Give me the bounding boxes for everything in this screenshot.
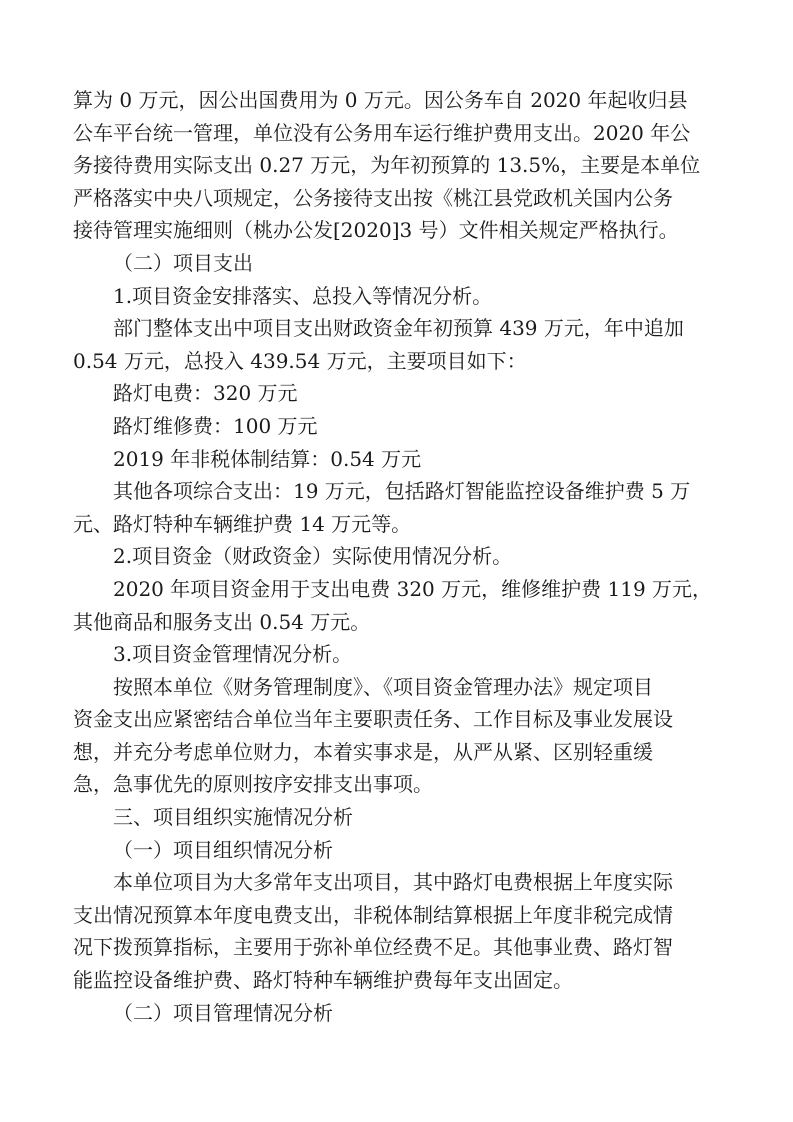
text-line: 本单位项目为大多常年支出项目，其中路灯电费根据上年度实际 [73, 866, 717, 899]
text-line: 元、路灯特种车辆维护费 14 万元等。 [73, 508, 717, 541]
text-line: 想，并充分考虑单位财力，本着实事求是，从严从紧、区别轻重缓 [73, 736, 717, 769]
heading-text: 三、项目组织实施情况分析 [73, 801, 717, 834]
text-line: 算为 0 万元，因公出国费用为 0 万元。因公务车自 2020 年起收归县 [73, 84, 717, 117]
text-line: 况下拨预算指标，主要用于弥补单位经费不足。其他事业费、路灯智 [73, 931, 717, 964]
text-line: 严格落实中央八项规定，公务接待支出按《桃江县党政机关国内公务 [73, 182, 717, 215]
text-line: 务接待费用实际支出 0.27 万元，为年初预算的 13.5%，主要是本单位 [73, 149, 717, 182]
heading-text: 1.项目资金安排落实、总投入等情况分析。 [73, 280, 717, 313]
text-line: 路灯维修费：100 万元 [73, 410, 717, 443]
text-line: 按照本单位《财务管理制度》、《项目资金管理办法》规定项目 [73, 671, 717, 704]
paragraph-public-expenses: 算为 0 万元，因公出国费用为 0 万元。因公务车自 2020 年起收归县 公车… [73, 84, 717, 247]
text-line: 2019 年非税体制结算：0.54 万元 [73, 443, 717, 476]
text-line: 急，急事优先的原则按序安排支出事项。 [73, 768, 717, 801]
heading-text: （二）项目支出 [73, 247, 717, 280]
section-heading-project-expenditure: （二）项目支出 [73, 247, 717, 280]
paragraph-organization: 本单位项目为大多常年支出项目，其中路灯电费根据上年度实际 支出情况预算本年度电费… [73, 866, 717, 996]
list-item-other-expenses: 其他各项综合支出：19 万元，包括路灯智能监控设备维护费 5 万 元、路灯特种车… [73, 475, 717, 540]
document-page: 算为 0 万元，因公出国费用为 0 万元。因公务车自 2020 年起收归县 公车… [73, 84, 717, 1029]
text-line: 路灯电费：320 万元 [73, 377, 717, 410]
heading-text: （一）项目组织情况分析 [73, 834, 717, 867]
text-line: 2020 年项目资金用于支出电费 320 万元，维修维护费 119 万元， [73, 573, 717, 606]
text-line: 公车平台统一管理，单位没有公务用车运行维护费用支出。2020 年公 [73, 117, 717, 150]
list-item-nontax-settlement: 2019 年非税体制结算：0.54 万元 [73, 443, 717, 476]
paragraph-budget-overview: 部门整体支出中项目支出财政资金年初预算 439 万元，年中追加 0.54 万元，… [73, 312, 717, 377]
text-line: 支出情况预算本年度电费支出，非税体制结算根据上年度非税完成情 [73, 899, 717, 932]
subheading-organization: （一）项目组织情况分析 [73, 834, 717, 867]
paragraph-actual-usage: 2020 年项目资金用于支出电费 320 万元，维修维护费 119 万元， 其他… [73, 573, 717, 638]
paragraph-fund-management: 按照本单位《财务管理制度》、《项目资金管理办法》规定项目 资金支出应紧密结合单位… [73, 671, 717, 801]
text-line: 接待管理实施细则（桃办公发[2020]3 号）文件相关规定严格执行。 [73, 214, 717, 247]
heading-text: 3.项目资金管理情况分析。 [73, 638, 717, 671]
list-item-streetlight-electricity: 路灯电费：320 万元 [73, 377, 717, 410]
list-item-streetlight-repair: 路灯维修费：100 万元 [73, 410, 717, 443]
text-line: 其他商品和服务支出 0.54 万元。 [73, 606, 717, 639]
subheading-fund-management: 3.项目资金管理情况分析。 [73, 638, 717, 671]
text-line: 资金支出应紧密结合单位当年主要职责任务、工作目标及事业发展设 [73, 703, 717, 736]
heading-text: 2.项目资金（财政资金）实际使用情况分析。 [73, 540, 717, 573]
subheading-management: （二）项目管理情况分析 [73, 997, 717, 1030]
text-line: 部门整体支出中项目支出财政资金年初预算 439 万元，年中追加 [73, 312, 717, 345]
text-line: 0.54 万元，总投入 439.54 万元，主要项目如下： [73, 345, 717, 378]
text-line: 其他各项综合支出：19 万元，包括路灯智能监控设备维护费 5 万 [73, 475, 717, 508]
section-heading-implementation: 三、项目组织实施情况分析 [73, 801, 717, 834]
subheading-fund-arrangement: 1.项目资金安排落实、总投入等情况分析。 [73, 280, 717, 313]
subheading-actual-usage: 2.项目资金（财政资金）实际使用情况分析。 [73, 540, 717, 573]
text-line: 能监控设备维护费、路灯特种车辆维护费每年支出固定。 [73, 964, 717, 997]
heading-text: （二）项目管理情况分析 [73, 997, 717, 1030]
